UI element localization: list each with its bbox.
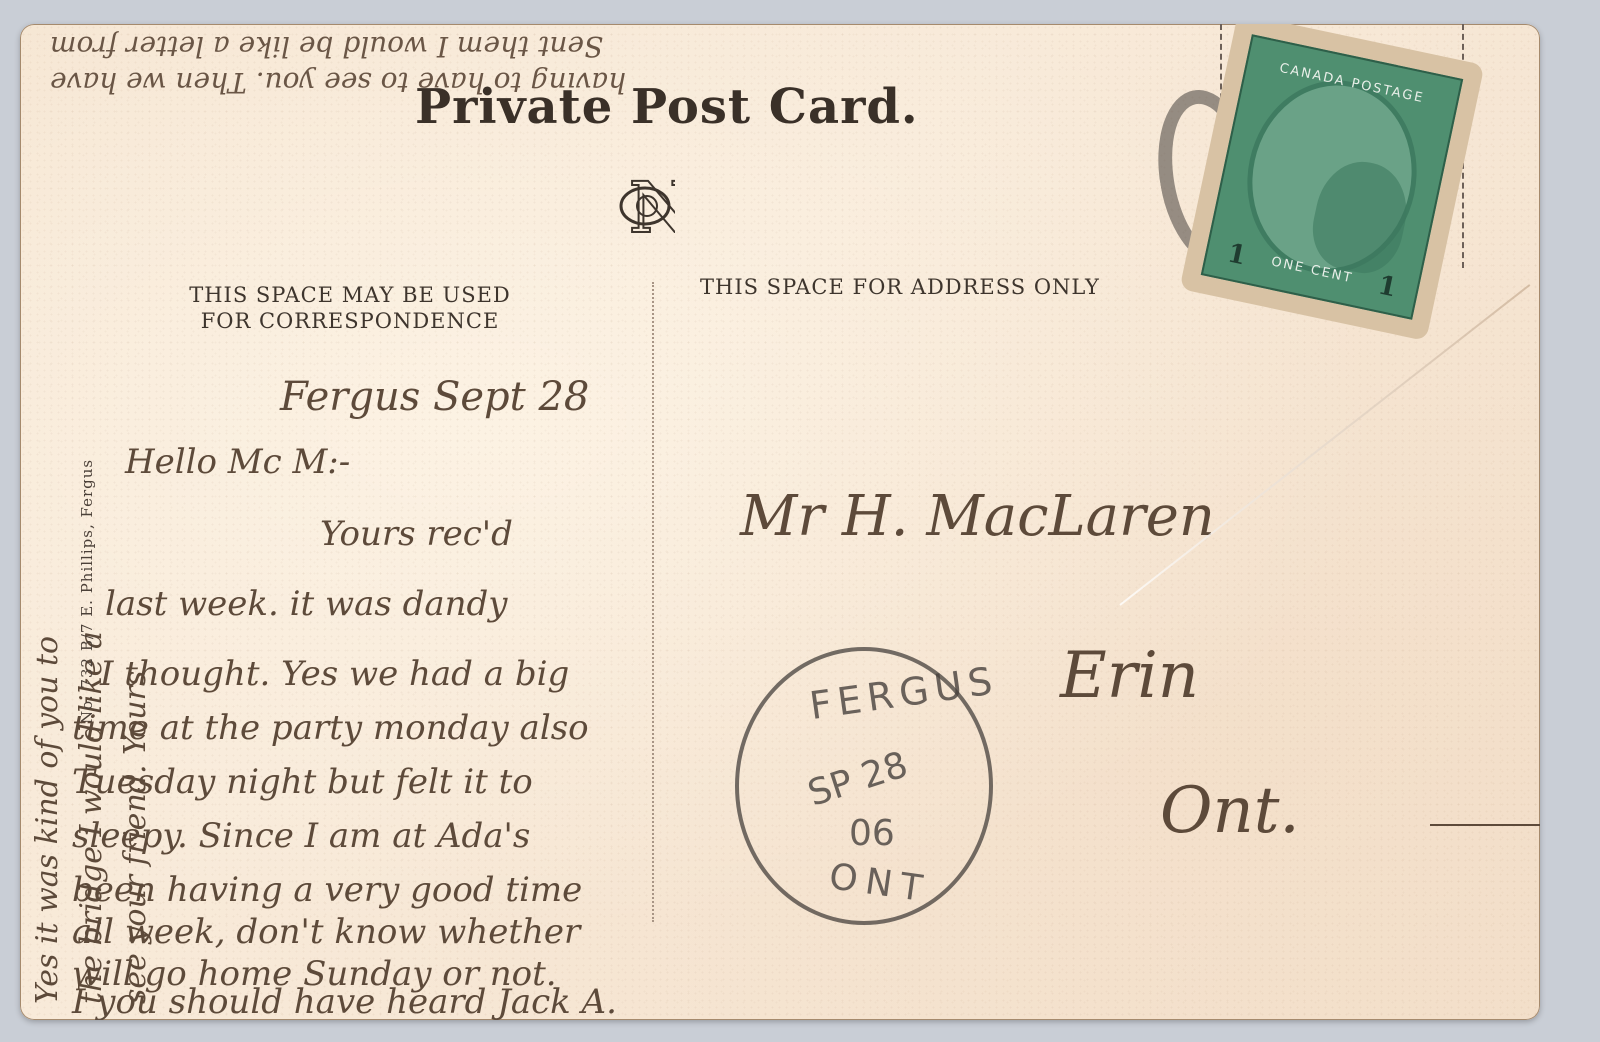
address-name: Mr H. MacLaren — [740, 484, 1215, 549]
address-label: THIS SPACE FOR ADDRESS ONLY — [700, 274, 1180, 300]
monogram-logo-icon: N — [615, 164, 675, 244]
correspondence-label: THIS SPACE MAY BE USED FOR CORRESPONDENC… — [160, 282, 540, 334]
message-line: I thought. Yes we had a big — [100, 654, 569, 694]
postmark-province: ONT — [827, 856, 933, 911]
postcard: having to have to see you. Then we have … — [20, 24, 1540, 1020]
correspondence-label-line2: FOR CORRESPONDENCE — [160, 308, 540, 334]
postmark: FERGUS SP 28 06 ONT — [735, 647, 993, 925]
message-line: I you should have heard Jack A. — [72, 982, 617, 1020]
message-line: time at the party monday also — [72, 708, 589, 748]
message-line: last week. it was dandy — [105, 584, 508, 624]
message-line: been having a very good time — [72, 870, 582, 910]
message-line: sleepy. Since I am at Ada's — [72, 816, 530, 856]
upside-line: Sent them I would be like a letter from — [50, 28, 990, 64]
address-province: Ont. — [1160, 774, 1300, 848]
king-portrait-icon — [1305, 154, 1416, 280]
stamp-denomination-right: 1 — [1375, 270, 1399, 303]
address-underline — [1430, 824, 1540, 826]
center-divider — [652, 282, 654, 922]
margin-line: Yes it was kind of you to — [26, 631, 70, 1004]
postmark-date: SP 28 — [803, 744, 912, 814]
message-line: Tuesday night but felt it to — [72, 762, 533, 802]
stamp-denomination-left: 1 — [1225, 238, 1249, 271]
address-town: Erin — [1060, 639, 1199, 713]
paper-crease — [1119, 284, 1530, 606]
correspondence-label-line1: THIS SPACE MAY BE USED — [160, 282, 540, 308]
postmark-year: 06 — [849, 813, 895, 854]
card-title: Private Post Card. — [415, 79, 919, 135]
postmark-town: FERGUS — [807, 658, 1001, 728]
message-line: Hello Mc M:- — [125, 442, 350, 482]
message-line: Yours rec'd — [320, 514, 513, 554]
printer-imprint: No. 732 B/7 E. Phillips, Fergus — [78, 459, 96, 724]
message-line: all week, don't know whether — [72, 912, 580, 952]
message-dateline: Fergus Sept 28 — [280, 374, 589, 420]
